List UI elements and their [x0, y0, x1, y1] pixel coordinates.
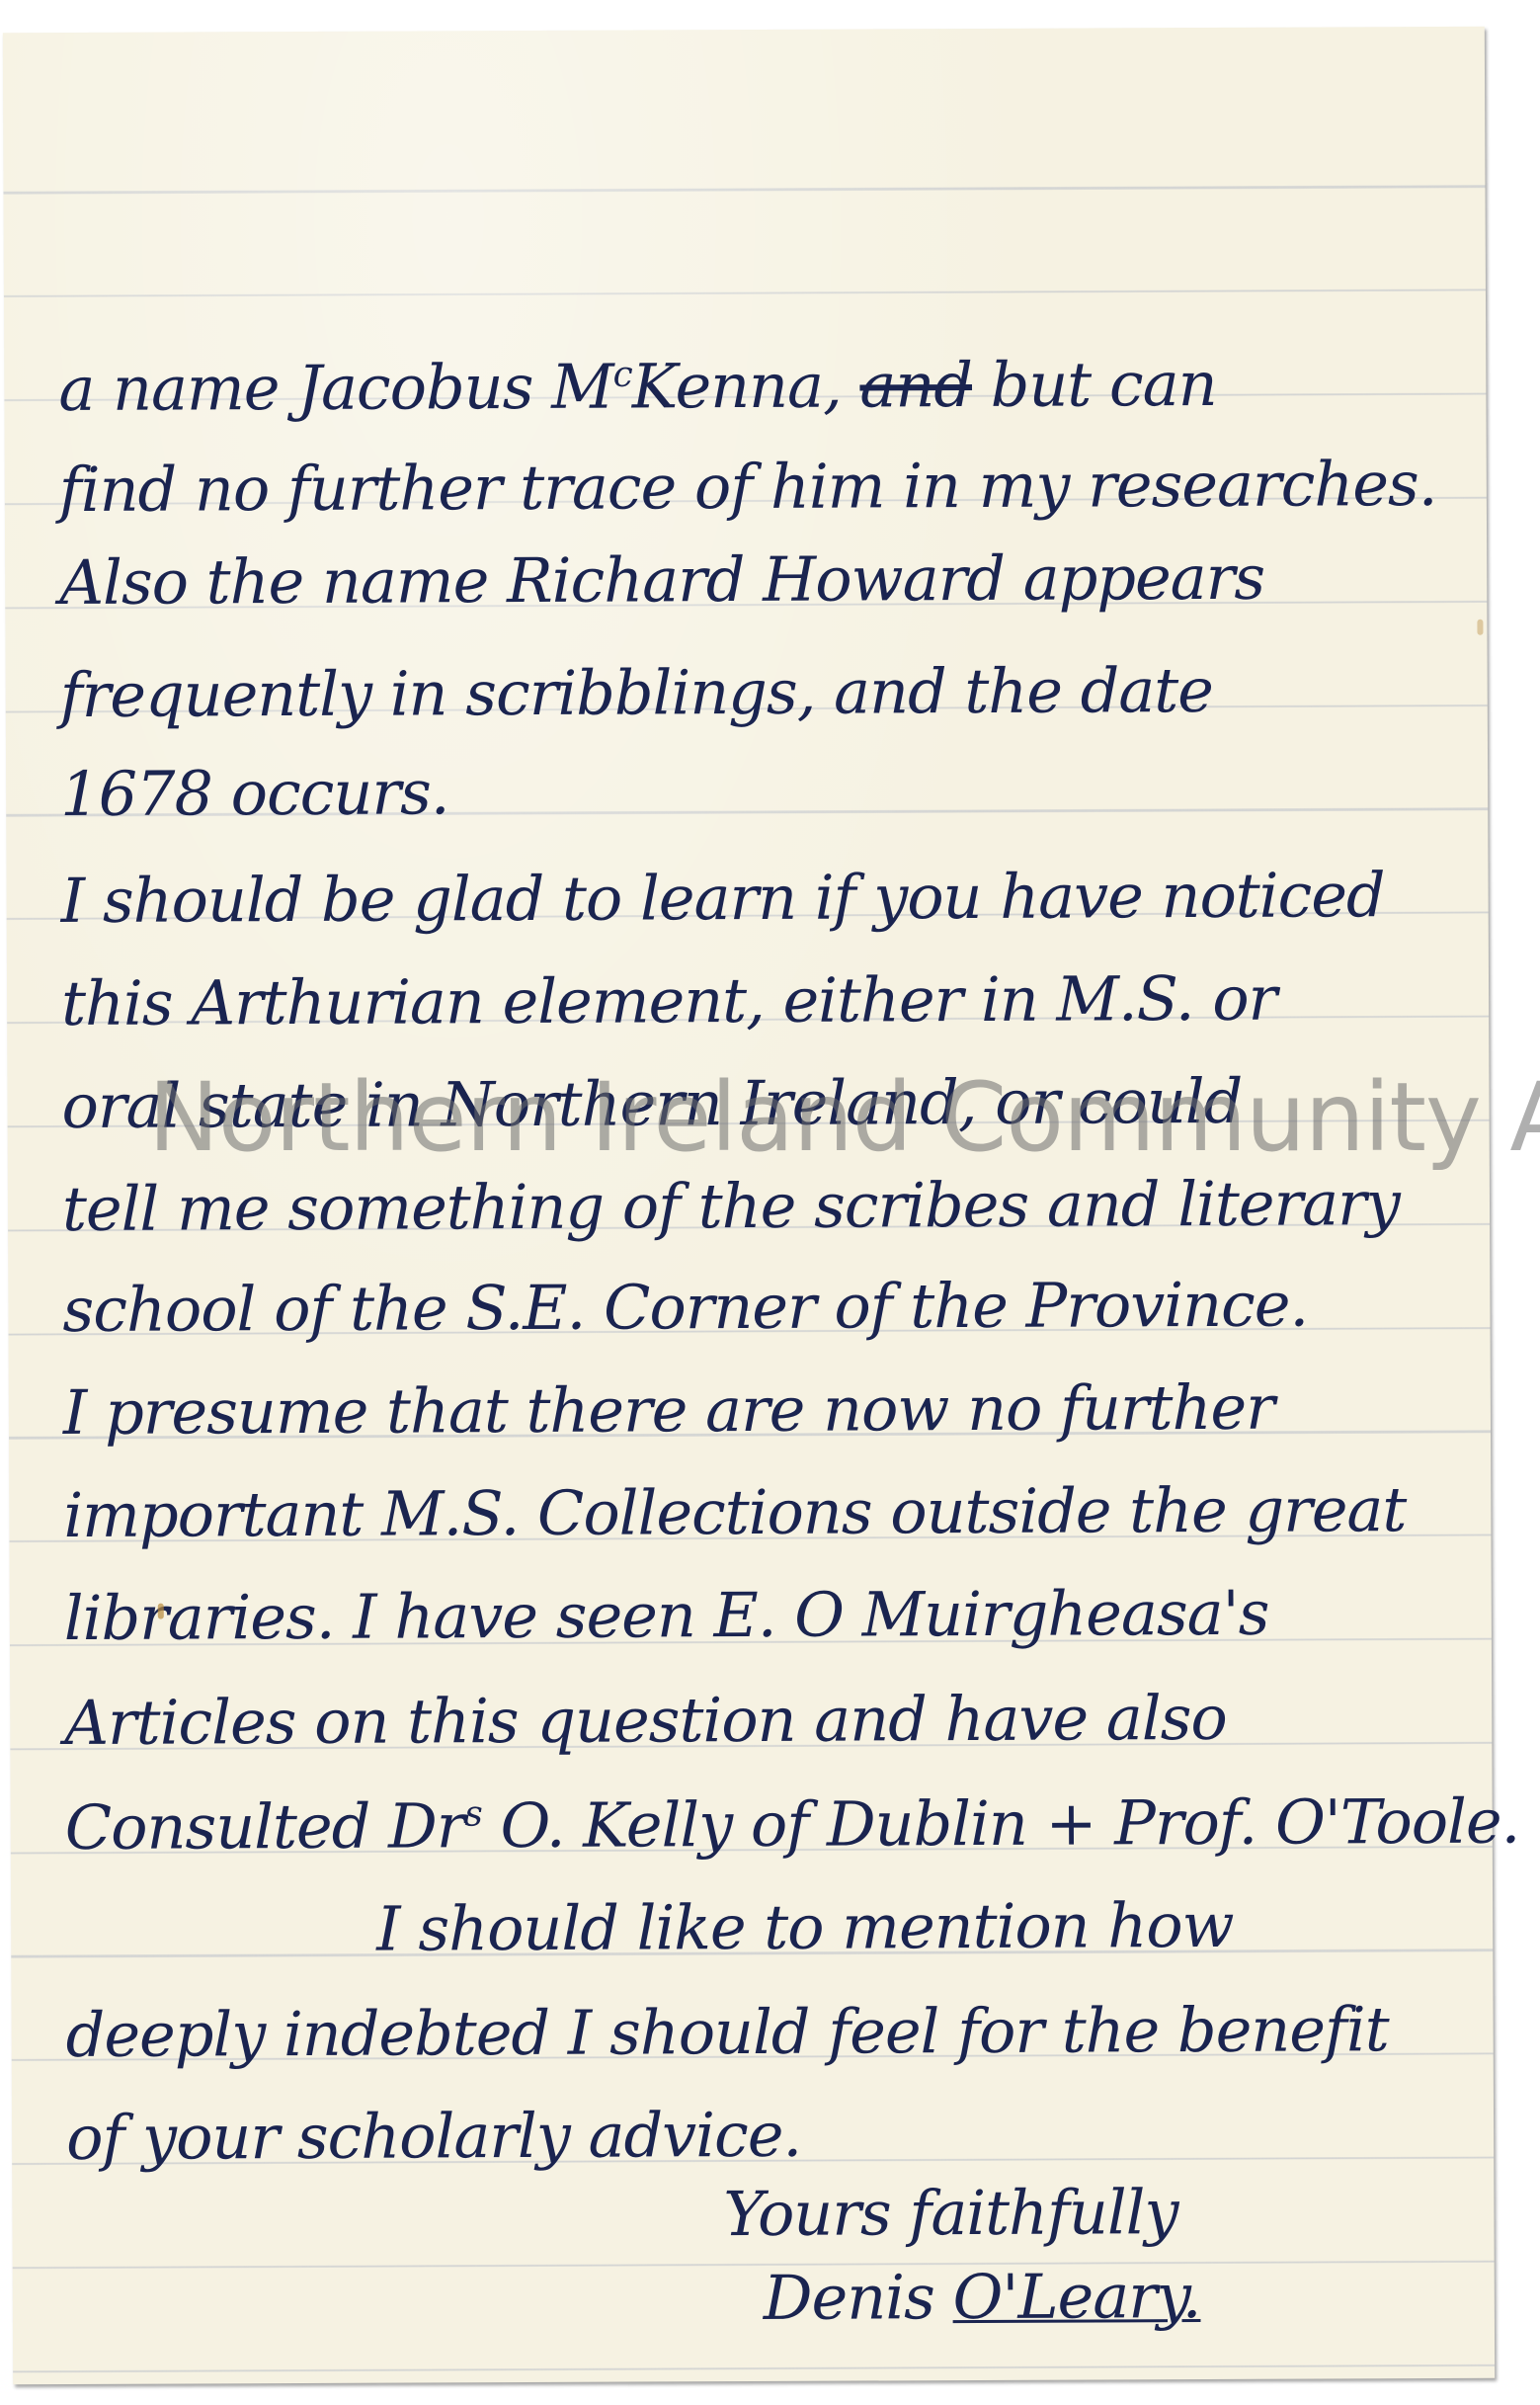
letter-line-5: 1678 occurs.	[60, 762, 449, 825]
letter-line-15: Consulted Drs O. Kelly of Dublin + Prof.…	[65, 1791, 1520, 1859]
line-text: but can	[972, 348, 1217, 421]
letter-line-4: frequently in scribblings, and the date	[60, 660, 1213, 726]
letter-page: a name Jacobus McKenna, and but can find…	[3, 27, 1495, 2385]
letter-closing: Yours faithfully	[723, 2182, 1177, 2245]
superscript: s	[464, 1794, 482, 1835]
signature-surname: O'Leary.	[952, 2260, 1200, 2333]
signature: Denis O'Leary.	[764, 2266, 1201, 2329]
struck-out-word: and	[859, 349, 972, 421]
line-text: a name Jacobus M	[58, 351, 613, 425]
letter-line-7: this Arthurian element, either in M.S. o…	[61, 968, 1276, 1035]
line-text: O. Kelly of Dublin + Prof. O'Toole.	[482, 1785, 1520, 1863]
letter-line-1: a name Jacobus McKenna, and but can	[58, 354, 1216, 420]
letter-line-16: I should like to mention how	[376, 1895, 1234, 1960]
paper-stain	[1477, 620, 1483, 635]
letter-line-9: tell me something of the scribes and lit…	[62, 1173, 1400, 1240]
letter-line-14: Articles on this question and have also	[64, 1688, 1227, 1754]
signature-first-name: Denis	[764, 2261, 934, 2334]
letter-line-10: school of the S.E. Corner of the Provinc…	[62, 1275, 1308, 1342]
paper-stain	[158, 1604, 164, 1619]
letter-line-6: I should be glad to learn if you have no…	[61, 865, 1385, 932]
letter-line-11: I presume that there are now no further	[63, 1377, 1274, 1444]
letter-body: a name Jacobus McKenna, and but can find…	[3, 27, 1495, 2385]
letter-line-2: find no further trace of him in my resea…	[59, 454, 1437, 521]
letter-line-17: deeply indebted I should feel for the be…	[66, 1999, 1389, 2066]
letter-line-13: libraries. I have seen E. O Muirgheasa's	[64, 1583, 1269, 1649]
archive-watermark: Northern Ireland Community Archive	[148, 1062, 1540, 1173]
letter-line-3: Also the name Richard Howard appears	[59, 547, 1264, 614]
superscript: c	[613, 355, 632, 395]
letter-line-12: important M.S. Collections outside the g…	[63, 1479, 1406, 1546]
letter-line-18: of your scholarly advice.	[66, 2105, 801, 2169]
line-text: Kenna,	[632, 350, 860, 423]
line-text: Consulted Dr	[65, 1789, 465, 1864]
